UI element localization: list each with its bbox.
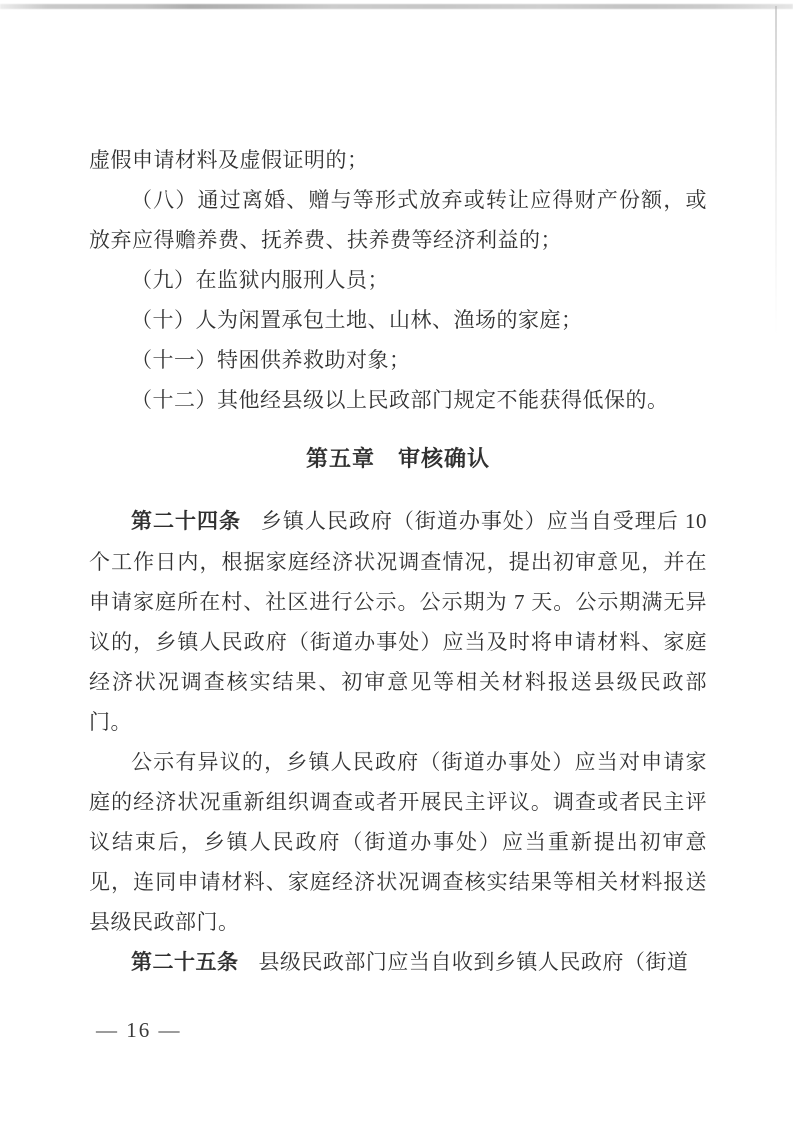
- scan-artifact-right-edge: [775, 6, 777, 336]
- page-number: — 16 —: [96, 1015, 182, 1045]
- paragraph-item-8: （八）通过离婚、赠与等形式放弃或转让应得财产份额，或放弃应得赡养费、抚养费、扶养…: [89, 180, 707, 260]
- paragraph-continuation: 虚假申请材料及虚假证明的；: [89, 140, 707, 180]
- paragraph-item-12: （十二）其他经县级以上民政部门规定不能获得低保的。: [89, 380, 707, 420]
- document-page: 虚假申请材料及虚假证明的； （八）通过离婚、赠与等形式放弃或转让应得财产份额，或…: [0, 0, 793, 1121]
- paragraph-article-25: 第二十五条县级民政部门应当自收到乡镇人民政府（街道: [89, 942, 707, 983]
- paragraph-item-11: （十一）特困供养救助对象；: [89, 340, 707, 380]
- chapter-heading: 第五章 审核确认: [89, 439, 707, 479]
- article-24-text: 乡镇人民政府（街道办事处）应当自受理后 10 个工作日内，根据家庭经济状况调查情…: [89, 509, 707, 734]
- paragraph-article-24-supplement: 公示有异议的，乡镇人民政府（街道办事处）应当对申请家庭的经济状况重新组织调查或者…: [89, 742, 707, 942]
- scan-artifact-top: [0, 4, 793, 9]
- paragraph-article-24: 第二十四条乡镇人民政府（街道办事处）应当自受理后 10 个工作日内，根据家庭经济…: [89, 501, 707, 742]
- document-body: 虚假申请材料及虚假证明的； （八）通过离婚、赠与等形式放弃或转让应得财产份额，或…: [89, 140, 707, 983]
- article-24-number: 第二十四条: [131, 510, 261, 533]
- paragraph-item-9: （九）在监狱内服刑人员；: [89, 260, 707, 300]
- article-25-number: 第二十五条: [131, 951, 258, 974]
- paragraph-item-10: （十）人为闲置承包土地、山林、渔场的家庭；: [89, 300, 707, 340]
- article-25-text: 县级民政部门应当自收到乡镇人民政府（街道: [258, 950, 688, 974]
